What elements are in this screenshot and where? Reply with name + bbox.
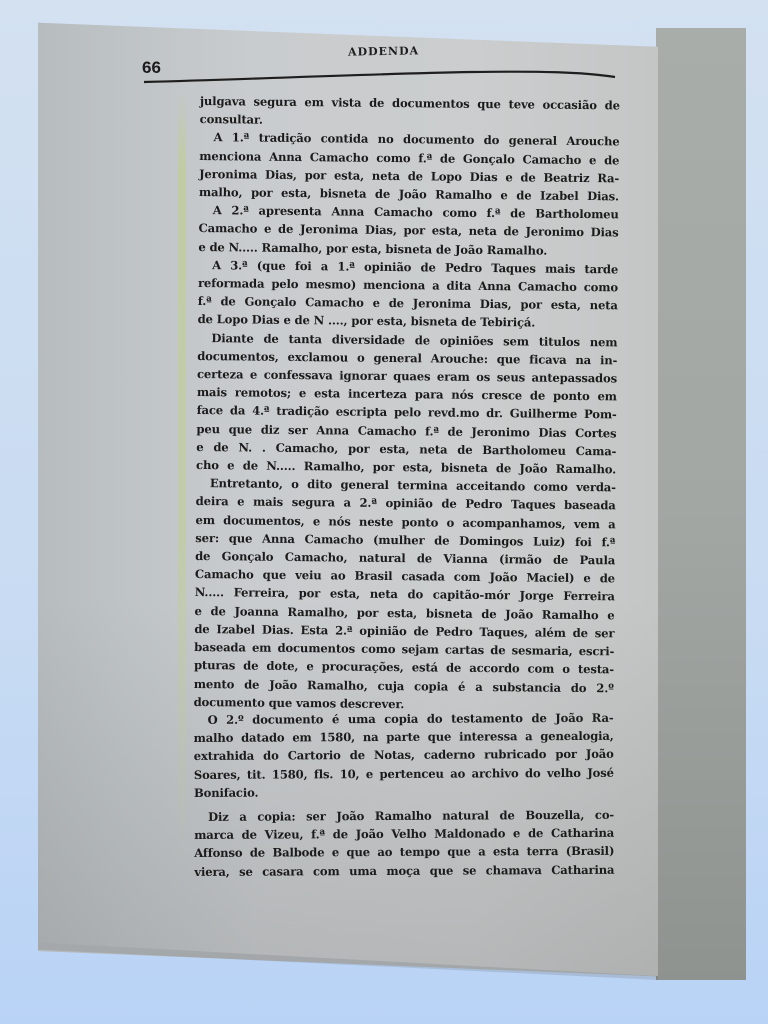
running-head: ADDENDA <box>348 44 419 58</box>
paragraph-5: Diante de tanta diversidade de opiniões … <box>196 329 618 479</box>
text-line: O 2.º documento é uma copia do testament… <box>194 709 614 729</box>
body-text: julgava segura em vista de documentos qu… <box>192 92 620 885</box>
text-line: extrahida do Cartorio de Notas, caderno … <box>194 745 614 765</box>
page-edge-strip <box>656 28 746 980</box>
paragraph-7: O 2.º documento é uma copia do testament… <box>194 709 614 802</box>
page-header: 66 ADDENDA <box>142 40 617 80</box>
highlighter-mark <box>178 92 186 862</box>
paragraph-8: Diz a copia: ser João Ramalho natural de… <box>194 806 614 881</box>
paragraph-3: A 2.ª apresenta Anna Camacho como f.ª de… <box>198 201 619 260</box>
text-line: Diz a copia: ser João Ramalho natural de… <box>194 806 614 826</box>
paragraph-4: A 3.ª (que foi a 1.ª opinião de Pedro Ta… <box>198 256 619 333</box>
text-line: malho datado em 1580, na parte que inter… <box>194 727 614 747</box>
text-line: Bonifacio. <box>194 781 614 801</box>
lower-text-block: O 2.º documento é uma copia do testament… <box>194 709 615 881</box>
text-line: marca de Vizeu, f.ª de João Velho Maldon… <box>194 824 614 844</box>
header-rule <box>142 70 617 84</box>
paragraph-6: Entretanto, o dito general termina accei… <box>194 474 616 715</box>
text-line: viera, se casara com uma moça que se cha… <box>194 860 614 880</box>
text-line: Affonso de Balbode e que ao tempo que a … <box>194 842 614 862</box>
text-line: Soares, tit. 1580, fls. 10, e pertenceu … <box>194 763 614 783</box>
paragraph-2: A 1.ª tradição contida no documento do g… <box>199 128 620 205</box>
paragraph-1: julgava segura em vista de documentos qu… <box>200 92 620 133</box>
